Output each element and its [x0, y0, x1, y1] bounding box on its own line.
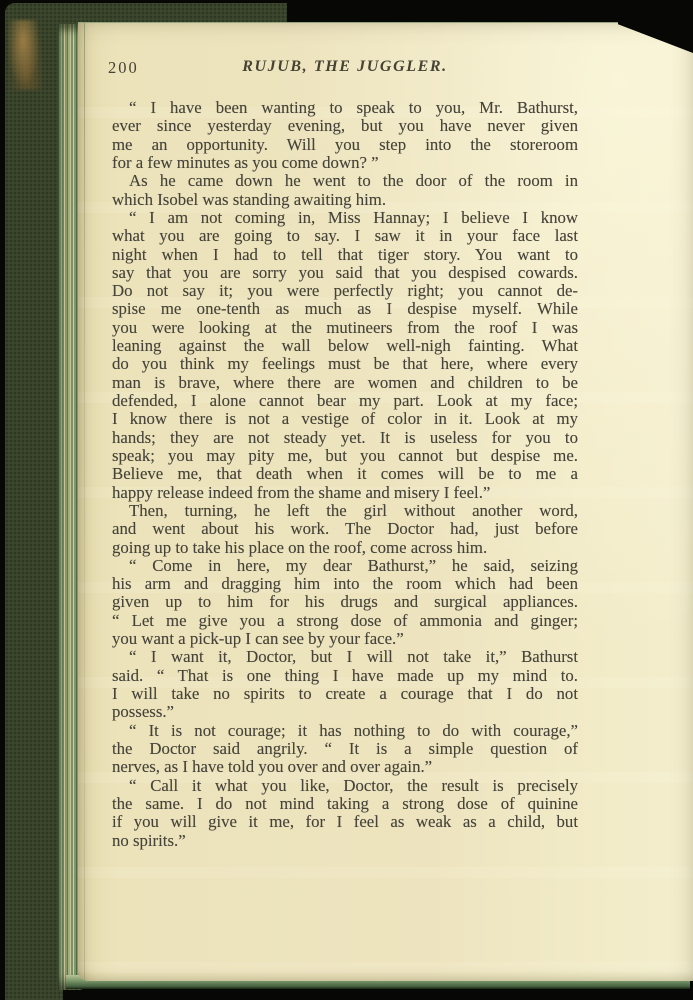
text-line: his arm and dragging him into the room w… — [112, 575, 578, 593]
cover-wear-spot — [8, 20, 42, 90]
paragraph: “ It is not courage; it has nothing to d… — [112, 722, 578, 777]
text-line: ever since yesterday evening, but you ha… — [112, 117, 578, 135]
photo-backdrop: { "page": { "number": "200", "running_ti… — [0, 0, 693, 1000]
text-line: Believe me, that death when it comes wil… — [112, 465, 578, 483]
text-line: spise me one-tenth as much as I despise … — [112, 300, 578, 318]
text-line: no spirits.” — [112, 832, 578, 850]
text-line: you want a pick-up I can see by your fac… — [112, 630, 578, 648]
text-line: “ Come in here, my dear Bathurst,” he sa… — [112, 557, 578, 575]
text-line: Then, turning, he left the girl without … — [112, 502, 578, 520]
page-text: “ I have been wanting to speak to you, M… — [112, 99, 578, 850]
text-line: if you will give it me, for I feel as we… — [112, 813, 578, 831]
text-line: “ I want it, Doctor, but I will not take… — [112, 648, 578, 666]
text-line: defended, I alone cannot bear my part. L… — [112, 392, 578, 410]
text-line: said. “ That is one thing I have made up… — [112, 667, 578, 685]
text-line: you were looking at the mutineers from t… — [112, 319, 578, 337]
text-line: the same. I do not mind taking a strong … — [112, 795, 578, 813]
text-line: happy release indeed from the shame and … — [112, 484, 578, 502]
text-line: Do not say it; you were perfectly right;… — [112, 282, 578, 300]
text-line: going up to take his place on the roof, … — [112, 539, 578, 557]
text-line: nerves, as I have told you over and over… — [112, 758, 578, 776]
text-line: “ Let me give you a strong dose of ammon… — [112, 612, 578, 630]
paragraph: “ I am not coming in, Miss Hannay; I bel… — [112, 209, 578, 502]
page-header: 200 RUJUB, THE JUGGLER. — [112, 58, 578, 80]
text-line: the Doctor said angrily. “ It is a simpl… — [112, 740, 578, 758]
paragraph: As he came down he went to the door of t… — [112, 172, 578, 209]
text-line: “ Call it what you like, Doctor, the res… — [112, 777, 578, 795]
paragraph: “ I want it, Doctor, but I will not take… — [112, 648, 578, 721]
text-line: which Isobel was standing awaiting him. — [112, 191, 578, 209]
text-line: do you think my feelings must be that he… — [112, 355, 578, 373]
text-line: “ I am not coming in, Miss Hannay; I bel… — [112, 209, 578, 227]
paragraph: “ Come in here, my dear Bathurst,” he sa… — [112, 557, 578, 649]
paragraph: Then, turning, he left the girl without … — [112, 502, 578, 557]
text-line: “ It is not courage; it has nothing to d… — [112, 722, 578, 740]
text-line: for a few minutes as you come down? ” — [112, 154, 578, 172]
text-line: leaning against the wall below well-nigh… — [112, 337, 578, 355]
page-curl-line — [84, 23, 85, 981]
running-title: RUJUB, THE JUGGLER. — [112, 58, 578, 76]
text-line: “ I have been wanting to speak to you, M… — [112, 99, 578, 117]
text-line: hands; they are not steady yet. It is us… — [112, 429, 578, 447]
paragraph: “ I have been wanting to speak to you, M… — [112, 99, 578, 172]
text-line: say that you are sorry you said that you… — [112, 264, 578, 282]
text-line: me an opportunity. Will you step into th… — [112, 136, 578, 154]
text-line: what you are going to say. I saw it in y… — [112, 227, 578, 245]
text-line: I will take no spirits to create a coura… — [112, 685, 578, 703]
text-line: speak; you may pity me, but you cannot b… — [112, 447, 578, 465]
text-line: and went about his work. The Doctor had,… — [112, 520, 578, 538]
book-cover-cloth-left — [5, 3, 63, 1000]
text-line: man is brave, where there are women and … — [112, 374, 578, 392]
paragraph: “ Call it what you like, Doctor, the res… — [112, 777, 578, 850]
text-line: night when I had to tell that tiger stor… — [112, 246, 578, 264]
text-line: I know there is not a vestige of color i… — [112, 410, 578, 428]
book-scan: 200 RUJUB, THE JUGGLER. “ I have been wa… — [0, 0, 693, 1000]
text-line: As he came down he went to the door of t… — [112, 172, 578, 190]
text-line: given up to him for his drugs and surgic… — [112, 593, 578, 611]
text-line: possess.” — [112, 703, 578, 721]
